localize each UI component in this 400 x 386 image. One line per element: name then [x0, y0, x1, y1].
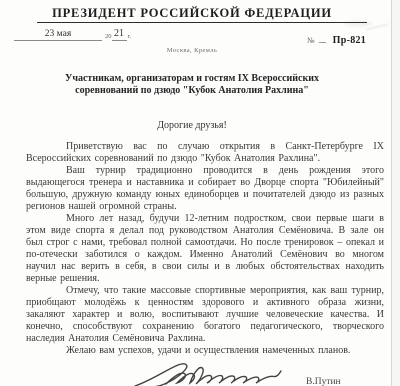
body-paragraph: Ваш турнир традиционно проводится в день… — [26, 165, 384, 213]
scan-smudge — [344, 20, 372, 27]
scan-edge-line — [391, 0, 392, 386]
signer-name: В.Путин — [306, 377, 341, 386]
place-line: Москва, Кремль — [8, 47, 376, 54]
document-number: № Пр-821 — [307, 30, 366, 48]
number-sign: № — [307, 36, 315, 45]
scanned-letter-page: ПРЕЗИДЕНТ РОССИЙСКОЙ ФЕДЕРАЦИИ 23 мая202… — [0, 0, 400, 386]
body-paragraph: Приветствую вас по случаю открытия в Сан… — [26, 141, 384, 165]
body-paragraph: Отмечу, что такие массовые спортивные ме… — [26, 285, 384, 345]
number-value: Пр-821 — [333, 35, 366, 46]
year-value: 21 — [112, 28, 127, 41]
year-century-prefix: 20 — [105, 33, 112, 40]
body-paragraph: Желаю вам успехов, удачи и осуществления… — [26, 345, 384, 357]
salutation: Дорогие друзья! — [8, 120, 376, 131]
signature-icon — [132, 360, 292, 386]
letter-body: Приветствую вас по случаю открытия в Сан… — [26, 141, 384, 357]
recipient-line-1: Участникам, организаторам и гостям IX Вс… — [8, 73, 376, 85]
date-suffix: г. — [128, 33, 132, 40]
letterhead-rule — [37, 22, 367, 23]
date-line: 23 мая2021г. — [14, 28, 131, 41]
date-value: 23 мая — [14, 29, 102, 41]
number-blank-line — [319, 34, 326, 43]
body-paragraph: Много лет назад, будучи 12-летним подрос… — [26, 213, 384, 285]
scan-edge-strip — [392, 0, 400, 386]
letterhead-title: ПРЕЗИДЕНТ РОССИЙСКОЙ ФЕДЕРАЦИИ — [8, 6, 376, 21]
recipient-block: Участникам, организаторам и гостям IX Вс… — [8, 73, 376, 96]
recipient-line-2: соревнований по дзюдо "Кубок Анатолия Ра… — [8, 85, 376, 97]
